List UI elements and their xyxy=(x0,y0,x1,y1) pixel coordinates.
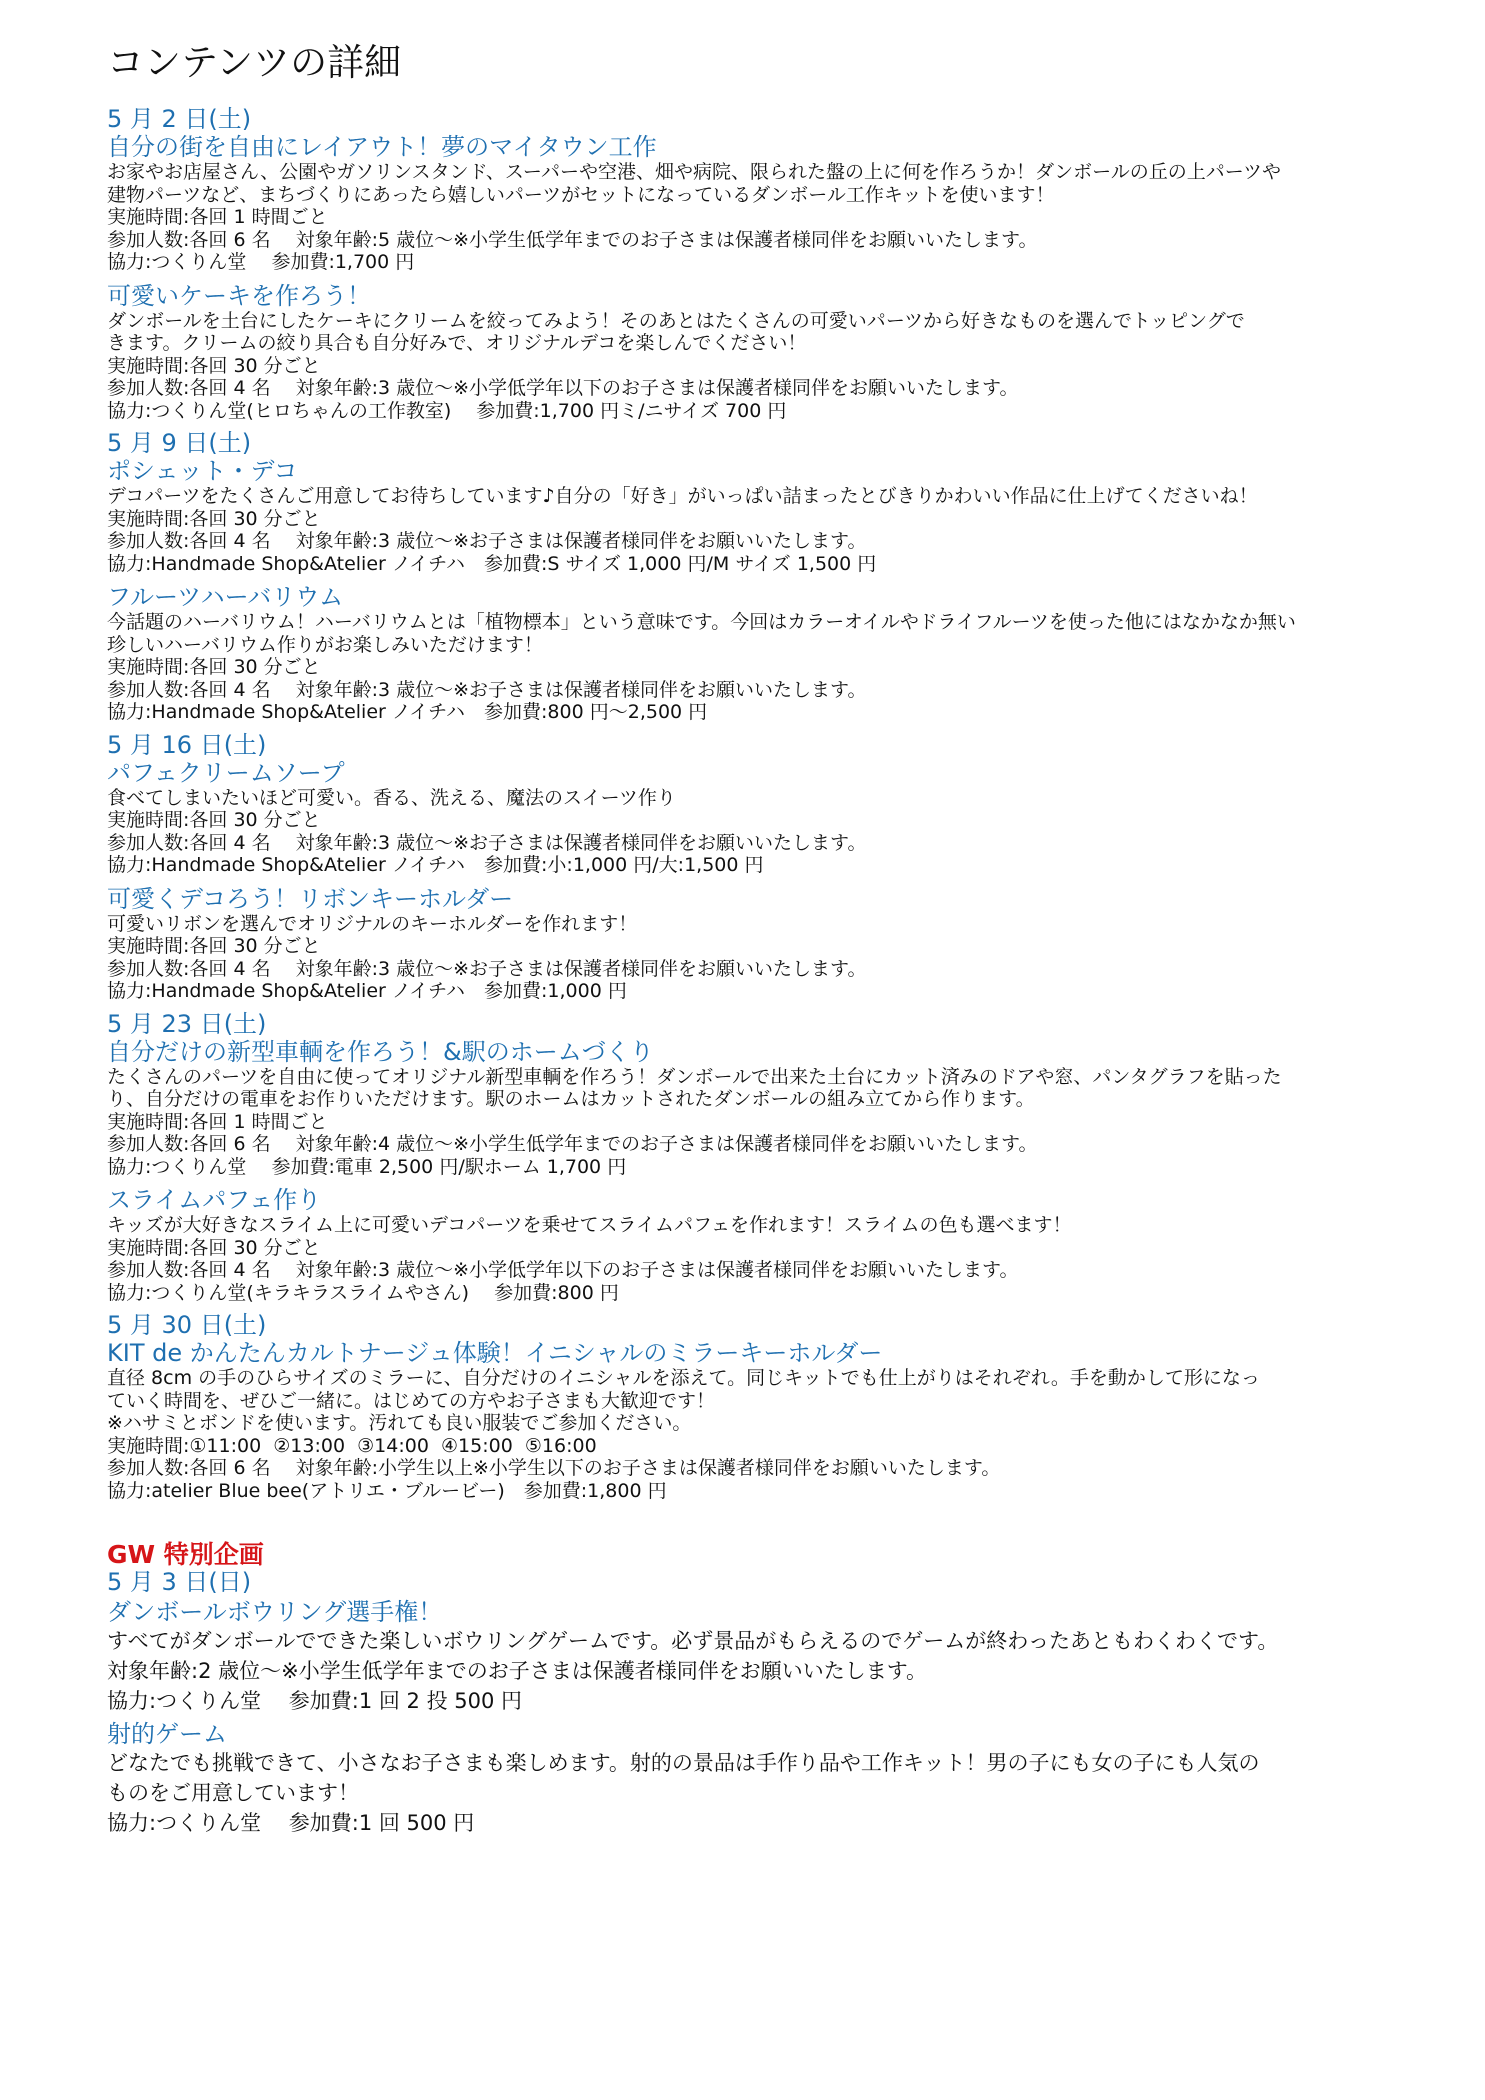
event-title: パフェクリームソープ xyxy=(107,759,1447,787)
day-section: 5 月 16 日(土) パフェクリームソープ 食べてしまいたいほど可愛い。香る、… xyxy=(107,732,1447,1003)
event-capacity-age: 参加人数:各回 4 名 対象年齢:3 歳位～※お子さまは保護者様同伴をお願いいた… xyxy=(107,679,1447,702)
event-capacity-age: 参加人数:各回 6 名 対象年齢:5 歳位～※小学生低学年までのお子さまは保護者… xyxy=(107,229,1447,252)
event-block: 自分だけの新型車輌を作ろう！&駅のホームづくり たくさんのパーツを自由に使ってオ… xyxy=(107,1038,1447,1179)
special-section: GW 特別企画 5 月 3 日(日) ダンボールボウリング選手権！ すべてがダン… xyxy=(107,1540,1447,1838)
event-time: 実施時間:各回 30 分ごと xyxy=(107,935,1447,958)
event-description: 食べてしまいたいほど可愛い。香る、洗える、魔法のスイーツ作り xyxy=(107,787,1447,810)
day-section: 5 月 9 日(土) ポシェット・デコ デコパーツをたくさんご用意してお待ちして… xyxy=(107,430,1447,724)
event-capacity-age: 対象年齢:2 歳位～※小学生低学年までのお子さまは保護者様同伴をお願いいたします… xyxy=(107,1656,1447,1686)
event-time: 実施時間:各回 30 分ごと xyxy=(107,809,1447,832)
event-block: スライムパフェ作り キッズが大好きなスライム上に可愛いデコパーツを乗せてスライム… xyxy=(107,1186,1447,1304)
event-block: フルーツハーバリウム 今話題のハーバリウム！ハーバリウムとは「植物標本」という意… xyxy=(107,583,1447,724)
event-block: 射的ゲーム どなたでも挑戦できて、小さなお子さまも楽しめます。射的の景品は手作り… xyxy=(107,1720,1447,1838)
event-description: ダンボールを土台にしたケーキにクリームを絞ってみよう！そのあとはたくさんの可愛い… xyxy=(107,310,1447,333)
event-description: たくさんのパーツを自由に使ってオリジナル新型車輌を作ろう！ダンボールで出来た土台… xyxy=(107,1066,1447,1089)
event-date: 5 月 23 日(土) xyxy=(107,1011,1447,1038)
event-capacity-age: 参加人数:各回 4 名 対象年齢:3 歳位～※お子さまは保護者様同伴をお願いいた… xyxy=(107,958,1447,981)
event-description: デコパーツをたくさんご用意してお待ちしています♪自分の「好き」がいっぱい詰まった… xyxy=(107,485,1447,508)
event-description: どなたでも挑戦できて、小さなお子さまも楽しめます。射的の景品は手作り品や工作キッ… xyxy=(107,1748,1447,1778)
event-capacity-age: 参加人数:各回 4 名 対象年齢:3 歳位～※お子さまは保護者様同伴をお願いいた… xyxy=(107,530,1447,553)
event-capacity-age: 参加人数:各回 4 名 対象年齢:3 歳位～※お子さまは保護者様同伴をお願いいた… xyxy=(107,832,1447,855)
event-description: 直径 8cm の手のひらサイズのミラーに、自分だけのイニシャルを添えて。同じキッ… xyxy=(107,1367,1447,1390)
event-time: 実施時間:各回 1 時間ごと xyxy=(107,1111,1447,1134)
event-partner-fee: 協力:つくりん堂 参加費:1,700 円 xyxy=(107,251,1447,274)
event-title: KIT de かんたんカルトナージュ体験！イニシャルのミラーキーホルダー xyxy=(107,1339,1447,1367)
event-date: 5 月 3 日(日) xyxy=(107,1569,1447,1596)
event-time: 実施時間:各回 30 分ごと xyxy=(107,656,1447,679)
event-title: 射的ゲーム xyxy=(107,1720,1447,1748)
event-partner-fee: 協力:Handmade Shop&Atelier ノイチハ 参加費:S サイズ … xyxy=(107,553,1447,576)
event-description: 可愛いリボンを選んでオリジナルのキーホルダーを作れます！ xyxy=(107,913,1447,936)
day-section: 5 月 30 日(土) KIT de かんたんカルトナージュ体験！イニシャルのミ… xyxy=(107,1312,1447,1502)
special-heading: GW 特別企画 xyxy=(107,1540,1447,1569)
event-capacity-age: 参加人数:各回 4 名 対象年齢:3 歳位～※小学低学年以下のお子さまは保護者様… xyxy=(107,377,1447,400)
event-title: ダンボールボウリング選手権！ xyxy=(107,1598,1447,1626)
event-capacity-age: 参加人数:各回 6 名 対象年齢:小学生以上※小学生以下のお子さまは保護者様同伴… xyxy=(107,1457,1447,1480)
page-title: コンテンツの詳細 xyxy=(107,40,1447,86)
event-partner-fee: 協力:atelier Blue bee(アトリエ・ブルービー) 参加費:1,80… xyxy=(107,1480,1447,1503)
event-description: キッズが大好きなスライム上に可愛いデコパーツを乗せてスライムパフェを作れます！ス… xyxy=(107,1214,1447,1237)
event-description: きます。クリームの絞り具合も自分好みで、オリジナルデコを楽しんでください！ xyxy=(107,332,1447,355)
event-title: 自分だけの新型車輌を作ろう！&駅のホームづくり xyxy=(107,1038,1447,1066)
event-time: 実施時間:各回 30 分ごと xyxy=(107,1237,1447,1260)
event-description: ものをご用意しています！ xyxy=(107,1778,1447,1808)
event-description: ※ハサミとボンドを使います。汚れても良い服装でご参加ください。 xyxy=(107,1412,1447,1435)
event-partner-fee: 協力:つくりん堂 参加費:電車 2,500 円/駅ホーム 1,700 円 xyxy=(107,1156,1447,1179)
event-block: 可愛くデコろう！リボンキーホルダー 可愛いリボンを選んでオリジナルのキーホルダー… xyxy=(107,885,1447,1003)
event-capacity-age: 参加人数:各回 4 名 対象年齢:3 歳位～※小学低学年以下のお子さまは保護者様… xyxy=(107,1259,1447,1282)
event-partner-fee: 協力:つくりん堂 参加費:1 回 2 投 500 円 xyxy=(107,1686,1447,1716)
event-block: パフェクリームソープ 食べてしまいたいほど可愛い。香る、洗える、魔法のスイーツ作… xyxy=(107,759,1447,877)
event-title: スライムパフェ作り xyxy=(107,1186,1447,1214)
event-time: 実施時間:①11:00 ②13:00 ③14:00 ④15:00 ⑤16:00 xyxy=(107,1435,1447,1458)
document-page: コンテンツの詳細 5 月 2 日(土) 自分の街を自由にレイアウト！夢のマイタウ… xyxy=(107,40,1447,1842)
event-description: 今話題のハーバリウム！ハーバリウムとは「植物標本」という意味です。今回はカラーオ… xyxy=(107,611,1447,634)
event-partner-fee: 協力:つくりん堂(ヒロちゃんの工作教室) 参加費:1,700 円ミ/ニサイズ 7… xyxy=(107,400,1447,423)
event-title: 可愛くデコろう！リボンキーホルダー xyxy=(107,885,1447,913)
event-partner-fee: 協力:Handmade Shop&Atelier ノイチハ 参加費:小:1,00… xyxy=(107,854,1447,877)
event-description: すべてがダンボールでできた楽しいボウリングゲームです。必ず景品がもらえるのでゲー… xyxy=(107,1626,1447,1656)
event-title: ポシェット・デコ xyxy=(107,457,1447,485)
event-block: ポシェット・デコ デコパーツをたくさんご用意してお待ちしています♪自分の「好き」… xyxy=(107,457,1447,575)
event-partner-fee: 協力:つくりん堂(キラキラスライムやさん) 参加費:800 円 xyxy=(107,1282,1447,1305)
event-title: 可愛いケーキを作ろう！ xyxy=(107,282,1447,310)
event-block: 可愛いケーキを作ろう！ ダンボールを土台にしたケーキにクリームを絞ってみよう！そ… xyxy=(107,282,1447,423)
event-partner-fee: 協力:Handmade Shop&Atelier ノイチハ 参加費:800 円～… xyxy=(107,701,1447,724)
event-date: 5 月 30 日(土) xyxy=(107,1312,1447,1339)
event-title: フルーツハーバリウム xyxy=(107,583,1447,611)
event-date: 5 月 9 日(土) xyxy=(107,430,1447,457)
event-description: お家やお店屋さん、公園やガソリンスタンド、スーパーや空港、畑や病院、限られた盤の… xyxy=(107,161,1447,184)
event-title: 自分の街を自由にレイアウト！夢のマイタウン工作 xyxy=(107,133,1447,161)
event-time: 実施時間:各回 30 分ごと xyxy=(107,355,1447,378)
event-time: 実施時間:各回 30 分ごと xyxy=(107,508,1447,531)
event-capacity-age: 参加人数:各回 6 名 対象年齢:4 歳位～※小学生低学年までのお子さまは保護者… xyxy=(107,1133,1447,1156)
event-date: 5 月 2 日(土) xyxy=(107,106,1447,133)
event-partner-fee: 協力:Handmade Shop&Atelier ノイチハ 参加費:1,000 … xyxy=(107,980,1447,1003)
event-block: ダンボールボウリング選手権！ すべてがダンボールでできた楽しいボウリングゲームで… xyxy=(107,1598,1447,1716)
event-description: り、自分だけの電車をお作りいただけます。駅のホームはカットされたダンボールの組み… xyxy=(107,1088,1447,1111)
event-description: 建物パーツなど、まちづくりにあったら嬉しいパーツがセットになっているダンボール工… xyxy=(107,184,1447,207)
event-block: 自分の街を自由にレイアウト！夢のマイタウン工作 お家やお店屋さん、公園やガソリン… xyxy=(107,133,1447,274)
event-partner-fee: 協力:つくりん堂 参加費:1 回 500 円 xyxy=(107,1808,1447,1838)
event-block: KIT de かんたんカルトナージュ体験！イニシャルのミラーキーホルダー 直径 … xyxy=(107,1339,1447,1502)
event-date: 5 月 16 日(土) xyxy=(107,732,1447,759)
event-time: 実施時間:各回 1 時間ごと xyxy=(107,206,1447,229)
event-description: 珍しいハーバリウム作りがお楽しみいただけます！ xyxy=(107,634,1447,657)
event-description: ていく時間を、ぜひご一緒に。はじめての方やお子さまも大歓迎です！ xyxy=(107,1390,1447,1413)
day-section: 5 月 2 日(土) 自分の街を自由にレイアウト！夢のマイタウン工作 お家やお店… xyxy=(107,106,1447,422)
day-section: 5 月 23 日(土) 自分だけの新型車輌を作ろう！&駅のホームづくり たくさん… xyxy=(107,1011,1447,1305)
